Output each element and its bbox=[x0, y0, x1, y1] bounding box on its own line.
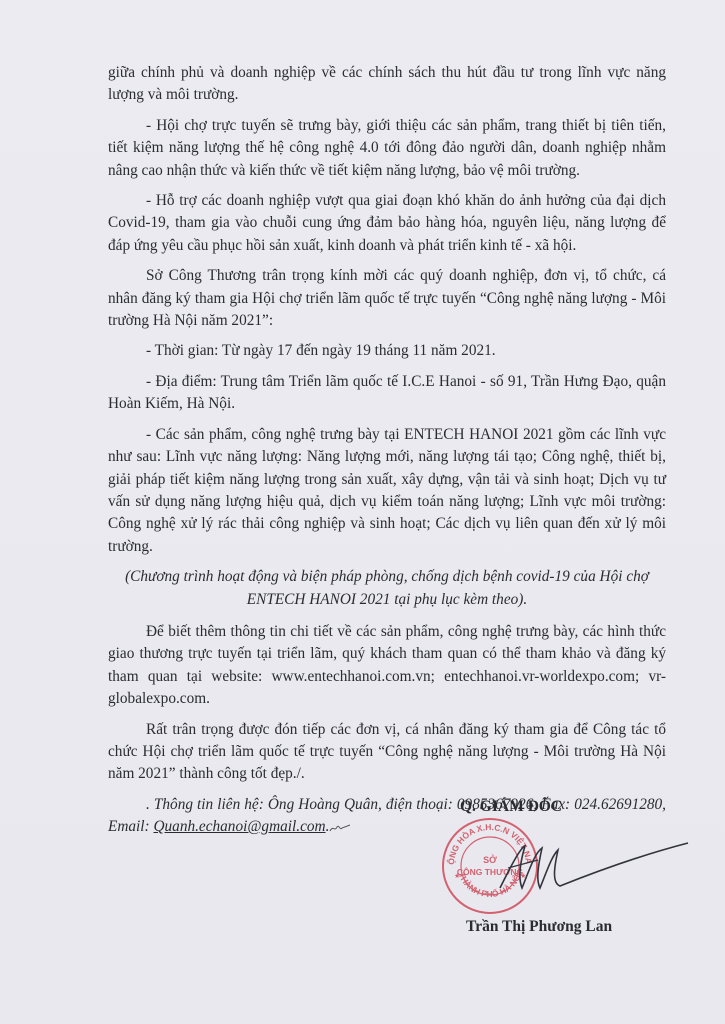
paragraph-intro-continuation: giữa chính phủ và doanh nghiệp về các ch… bbox=[108, 62, 666, 107]
paragraph-time: - Thời gian: Từ ngày 17 đến ngày 19 thán… bbox=[108, 340, 666, 362]
handwritten-signature-icon bbox=[490, 838, 690, 898]
document-body: giữa chính phủ và doanh nghiệp về các ch… bbox=[108, 62, 666, 847]
signer-title: Q. GIÁM ĐỐC bbox=[460, 798, 562, 816]
initial-mark-icon bbox=[329, 823, 351, 833]
paragraph-venue: - Địa điểm: Trung tâm Triển lãm quốc tế … bbox=[108, 371, 666, 416]
svg-text:★: ★ bbox=[454, 872, 460, 880]
paragraph-covid-support: - Hỗ trợ các doanh nghiệp vượt qua giai … bbox=[108, 190, 666, 257]
paragraph-appendix-note: (Chương trình hoạt động và biện pháp phò… bbox=[108, 566, 666, 611]
paragraph-closing: Rất trân trọng được đón tiếp các đơn vị,… bbox=[108, 719, 666, 786]
paragraph-website-info: Để biết thêm thông tin chi tiết về các s… bbox=[108, 621, 666, 711]
paragraph-exhibit-fields: - Các sản phẩm, công nghệ trưng bày tại … bbox=[108, 424, 666, 558]
document-page: giữa chính phủ và doanh nghiệp về các ch… bbox=[0, 0, 725, 1024]
signer-name: Trần Thị Phương Lan bbox=[466, 918, 612, 936]
contact-email-link[interactable]: Quanh.echanoi@gmail.com bbox=[153, 818, 325, 835]
paragraph-invitation: Sở Công Thương trân trọng kính mời các q… bbox=[108, 265, 666, 332]
signature-block: Q. GIÁM ĐỐC CỘNG HÒA X.H.C.N VIỆT NAM TH… bbox=[440, 798, 690, 948]
paragraph-online-fair: - Hội chợ trực tuyến sẽ trưng bày, giới … bbox=[108, 115, 666, 182]
